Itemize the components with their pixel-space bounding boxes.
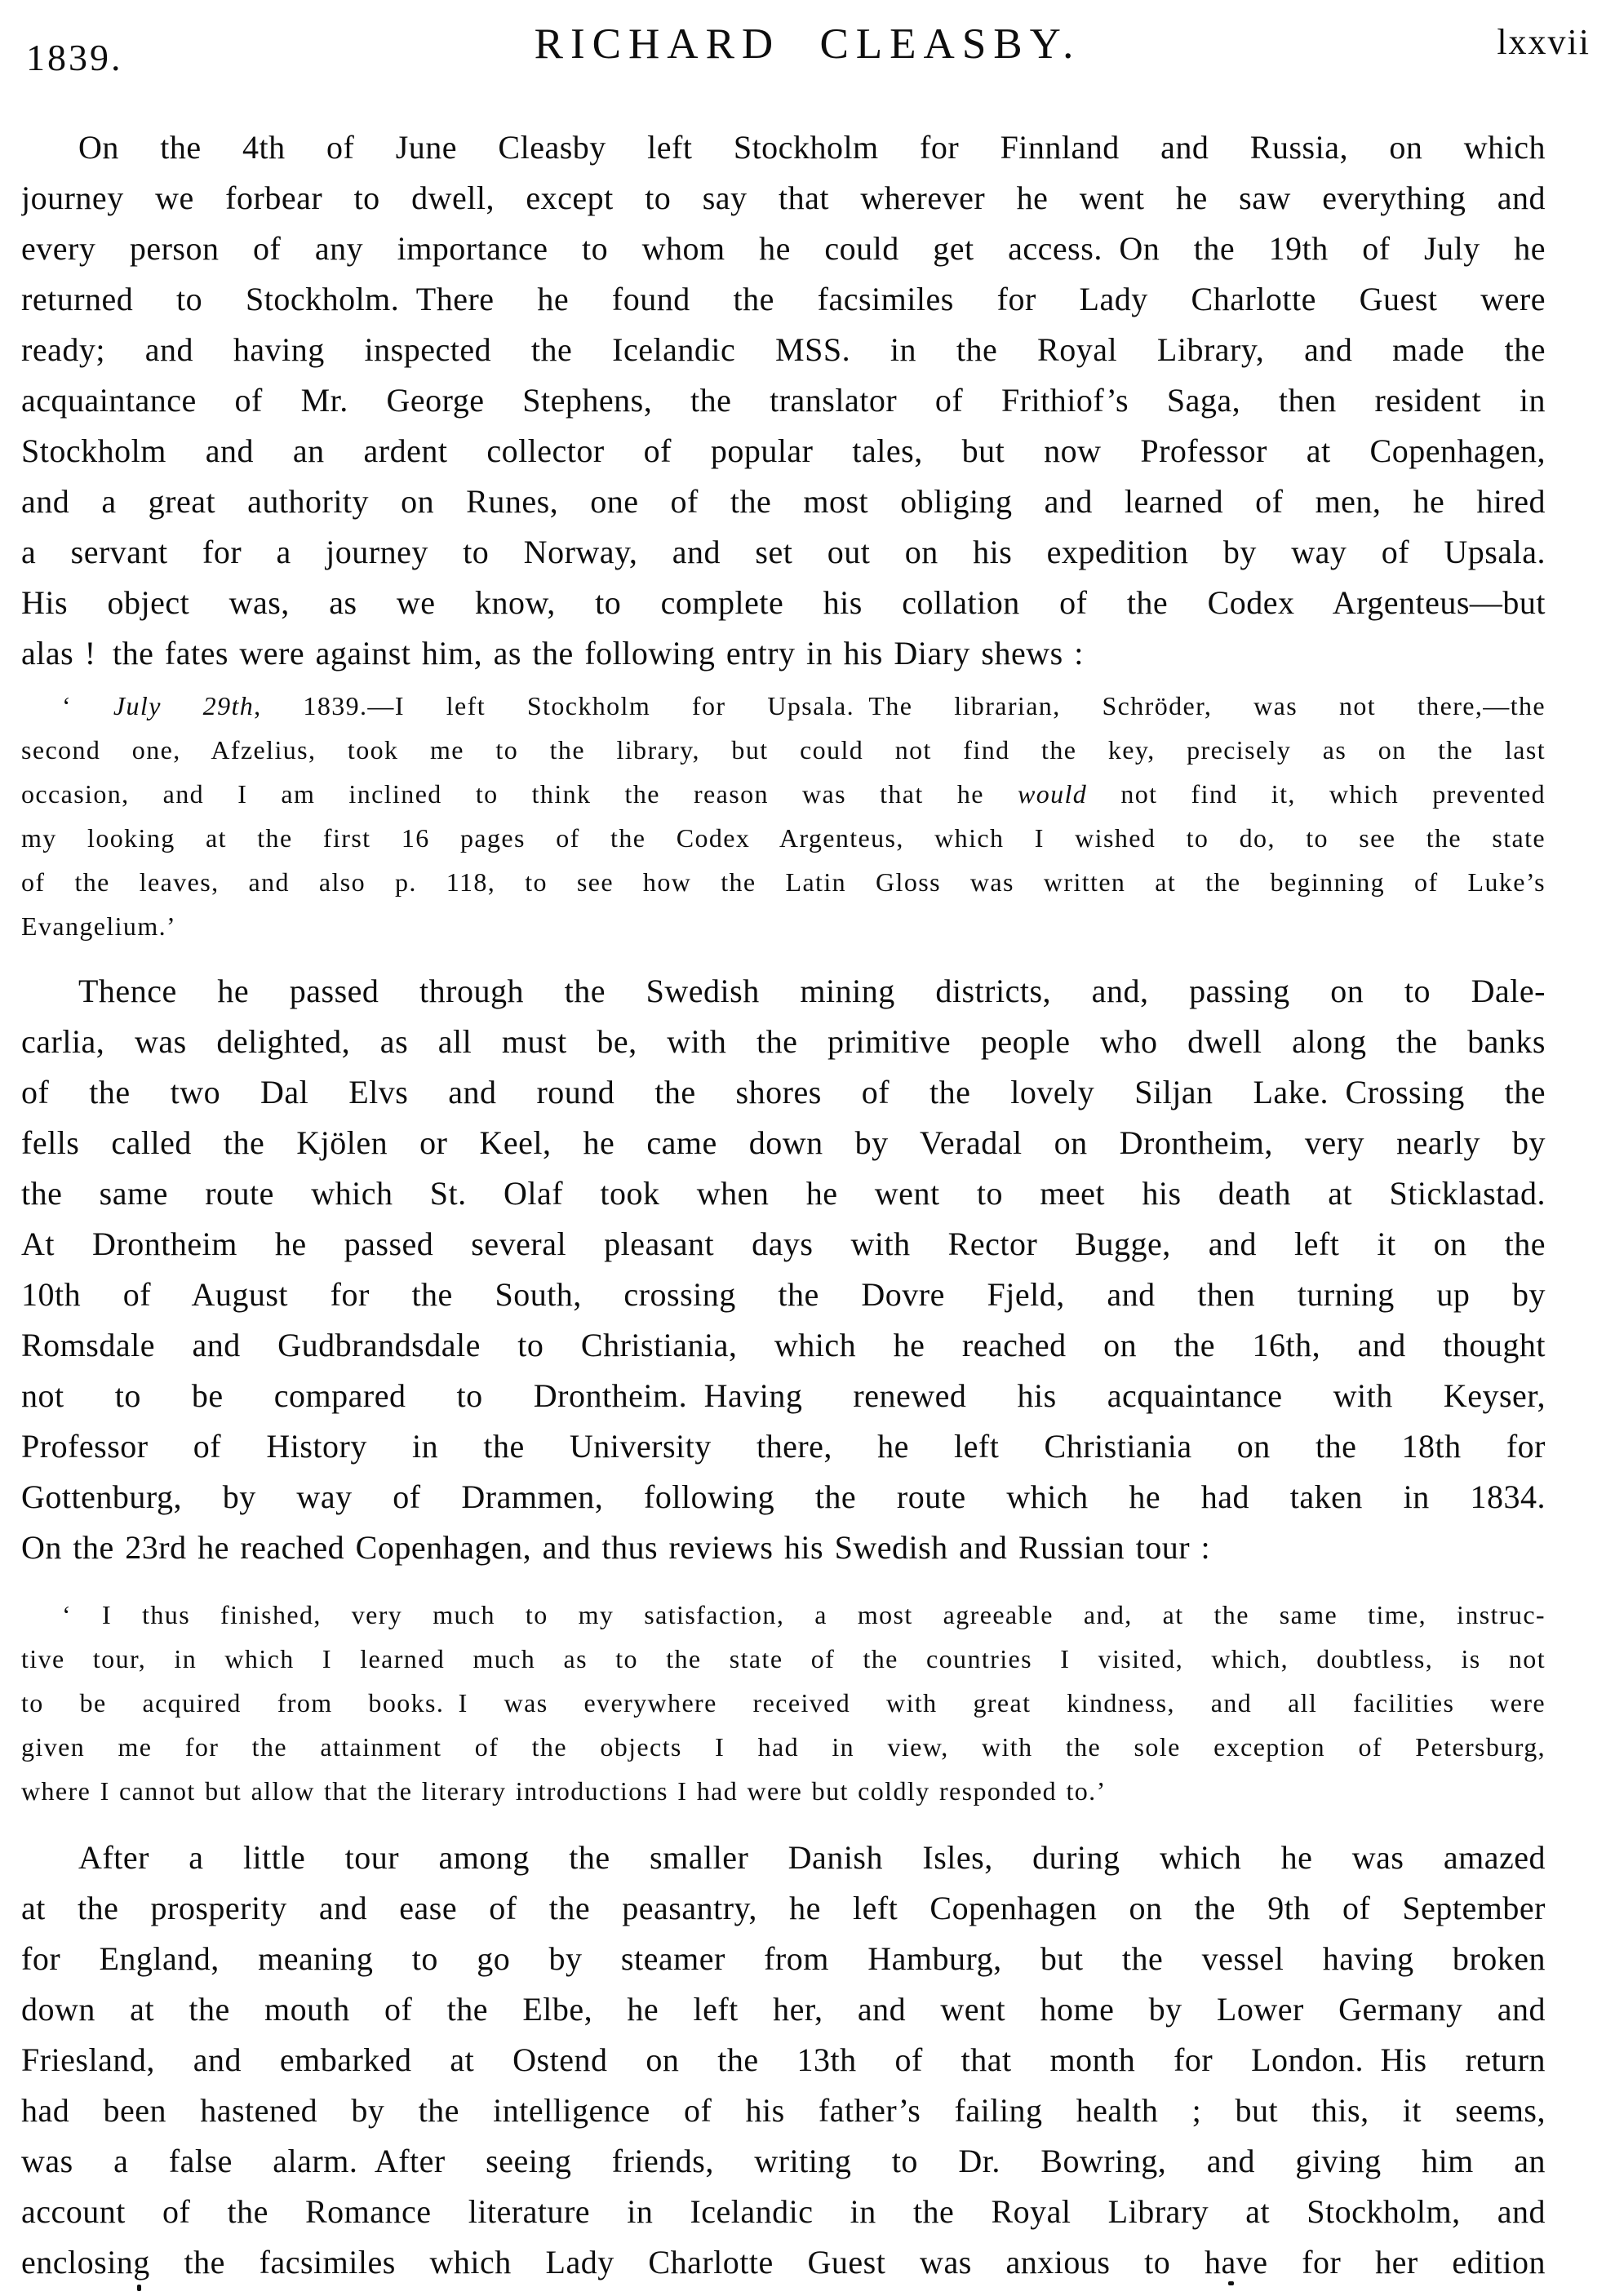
text-line: carlia, was delighted, as all must be, w… bbox=[21, 1017, 1546, 1067]
text-line: and a great authority on Runes, one of t… bbox=[21, 476, 1546, 527]
text-line: tive tour, in which I learned much as to… bbox=[21, 1637, 1546, 1681]
text-line: On the 23rd he reached Copenhagen, and t… bbox=[21, 1523, 1546, 1573]
text-line: Friesland, and embarked at Ostend on the… bbox=[21, 2035, 1546, 2085]
text-line: Stockholm and an ardent collector of pop… bbox=[21, 426, 1546, 476]
text-line: alas ! the fates were against him, as th… bbox=[21, 628, 1546, 679]
text-line: occasion, and I am inclined to think the… bbox=[21, 772, 1546, 816]
text-line: acquaintance of Mr. George Stephens, the… bbox=[21, 375, 1546, 426]
paragraph-block: After a little tour among the smaller Da… bbox=[21, 1833, 1546, 2288]
text-line: Gottenburg, by way of Drammen, following… bbox=[21, 1472, 1546, 1523]
text-line: journey we forbear to dwell, except to s… bbox=[21, 173, 1546, 224]
text-line: the same route which St. Olaf took when … bbox=[21, 1168, 1546, 1219]
text-line: On the 4th of June Cleasby left Stockhol… bbox=[21, 122, 1546, 173]
text-line: for England, meaning to go by steamer fr… bbox=[21, 1934, 1546, 1984]
text-line: account of the Romance literature in Ice… bbox=[21, 2187, 1546, 2237]
text-line: had been hastened by the intelligence of… bbox=[21, 2085, 1546, 2136]
text-line: down at the mouth of the Elbe, he left h… bbox=[21, 1984, 1546, 2035]
text-line: at the prosperity and ease of the peasan… bbox=[21, 1883, 1546, 1934]
ink-speck bbox=[1228, 2281, 1234, 2285]
page-header: 1839. RICHARD CLEASBY. lxxvii bbox=[0, 0, 1615, 114]
text-line: After a little tour among the smaller Da… bbox=[21, 1833, 1546, 1883]
plain-text: not find it, which prevented bbox=[1087, 779, 1546, 809]
text-line: Thence he passed through the Swedish min… bbox=[21, 966, 1546, 1017]
text-line: Professor of History in the University t… bbox=[21, 1421, 1546, 1472]
italic-text: July 29th bbox=[113, 691, 254, 720]
text-line: ready; and having inspected the Icelandi… bbox=[21, 325, 1546, 375]
text-line: Romsdale and Gudbrandsdale to Christiani… bbox=[21, 1320, 1546, 1371]
page-body: On the 4th of June Cleasby left Stockhol… bbox=[21, 122, 1546, 2288]
text-line: fells called the Kjölen or Keel, he came… bbox=[21, 1118, 1546, 1168]
text-line: ‘ July 29th, 1839.—I left Stockholm for … bbox=[21, 684, 1546, 728]
text-line: to be acquired from books. I was everywh… bbox=[21, 1681, 1546, 1725]
italic-text: would bbox=[1018, 779, 1087, 809]
text-line: my looking at the first 16 pages of the … bbox=[21, 816, 1546, 860]
text-line: where I cannot but allow that the litera… bbox=[21, 1769, 1546, 1813]
text-line: returned to Stockholm. There he found th… bbox=[21, 274, 1546, 325]
plain-text: ‘ bbox=[62, 691, 113, 720]
text-line: given me for the attainment of the objec… bbox=[21, 1725, 1546, 1769]
diary-quote-block: ‘ I thus finished, very much to my satis… bbox=[21, 1593, 1546, 1813]
text-line: ‘ I thus finished, very much to my satis… bbox=[21, 1593, 1546, 1637]
paragraph-block: Thence he passed through the Swedish min… bbox=[21, 966, 1546, 1573]
page-number-folio: lxxvii bbox=[1497, 21, 1591, 63]
text-line: Evangelium.’ bbox=[21, 904, 1546, 948]
book-page: 1839. RICHARD CLEASBY. lxxvii On the 4th… bbox=[0, 0, 1615, 2296]
text-line: At Drontheim he passed several pleasant … bbox=[21, 1219, 1546, 1270]
plain-text: occasion, and I am inclined to think the… bbox=[21, 779, 1018, 809]
text-line: not to be compared to Drontheim. Having … bbox=[21, 1371, 1546, 1421]
header-year: 1839. bbox=[26, 36, 123, 79]
text-line: second one, Afzelius, took me to the lib… bbox=[21, 728, 1546, 772]
text-line: a servant for a journey to Norway, and s… bbox=[21, 527, 1546, 578]
text-line: of the leaves, and also p. 118, to see h… bbox=[21, 860, 1546, 904]
ink-speck bbox=[137, 2285, 141, 2291]
page-title: RICHARD CLEASBY. bbox=[535, 20, 1081, 69]
text-line: of the two Dal Elvs and round the shores… bbox=[21, 1067, 1546, 1118]
paragraph-block: On the 4th of June Cleasby left Stockhol… bbox=[21, 122, 1546, 679]
text-line: every person of any importance to whom h… bbox=[21, 224, 1546, 274]
text-line: enclosing the facsimiles which Lady Char… bbox=[21, 2237, 1546, 2288]
text-line: 10th of August for the South, crossing t… bbox=[21, 1270, 1546, 1320]
plain-text: , 1839.—I left Stockholm for Upsala. The… bbox=[254, 691, 1546, 720]
diary-quote-block: ‘ July 29th, 1839.—I left Stockholm for … bbox=[21, 684, 1546, 948]
text-line: His object was, as we know, to complete … bbox=[21, 578, 1546, 628]
text-line: was a false alarm. After seeing friends,… bbox=[21, 2136, 1546, 2187]
